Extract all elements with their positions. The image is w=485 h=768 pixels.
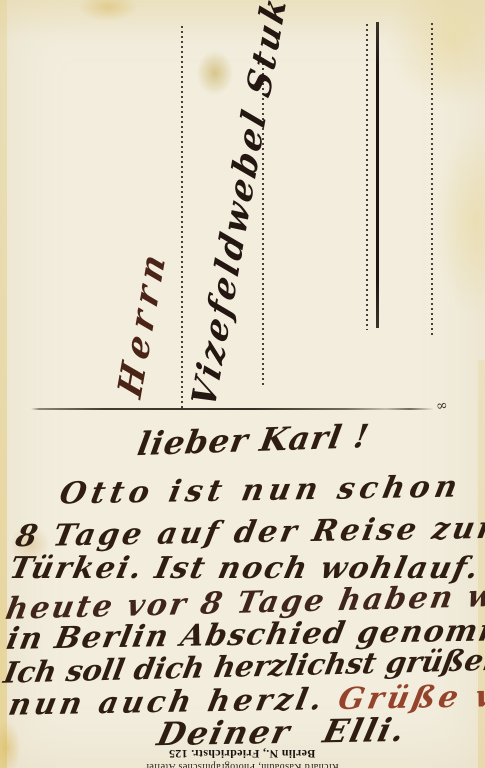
message-line-3: Türkei. Ist noch wohlauf. — (7, 554, 485, 584)
message-line-1: Otto ist nun schon (57, 472, 464, 509)
address-rule-dotted-1 (181, 26, 183, 408)
divider-ornament: ∞ (435, 397, 449, 414)
imprint-address-line: Berlin N., Friedrichstr. 125 (102, 747, 382, 760)
paper-stain-speckle (196, 50, 234, 96)
postcard-back-scan: Herrn Vizefeldwebel Stuke ∞ lieber Karl … (0, 0, 485, 768)
message-greeting: lieber Karl ! (135, 420, 372, 460)
paper-stain-top-right (388, 0, 485, 106)
address-recipient-handwriting: Vizefeldwebel Stuke (188, 0, 297, 412)
address-salutation-handwriting: Herrn (114, 243, 172, 402)
paper-stain-bottom-left (0, 722, 20, 768)
paper-stain-right-middle (436, 128, 485, 318)
photographer-imprint: Richard Kasbaum, Photographisches Atelie… (102, 747, 382, 768)
paper-stain-top-left (78, 0, 138, 22)
signature-handwriting: Deiner Elli. (154, 714, 409, 750)
paper-stain-top-wash (0, 0, 485, 42)
imprint-studio-line: Richard Kasbaum, Photographisches Atelie… (102, 760, 382, 768)
divider-rule (31, 408, 434, 410)
address-rule-dotted-4 (431, 23, 433, 335)
message-line-2: 8 Tage auf der Reise zur (13, 514, 485, 552)
address-rule-dotted-3 (366, 24, 368, 330)
address-rule-solid (376, 22, 379, 328)
